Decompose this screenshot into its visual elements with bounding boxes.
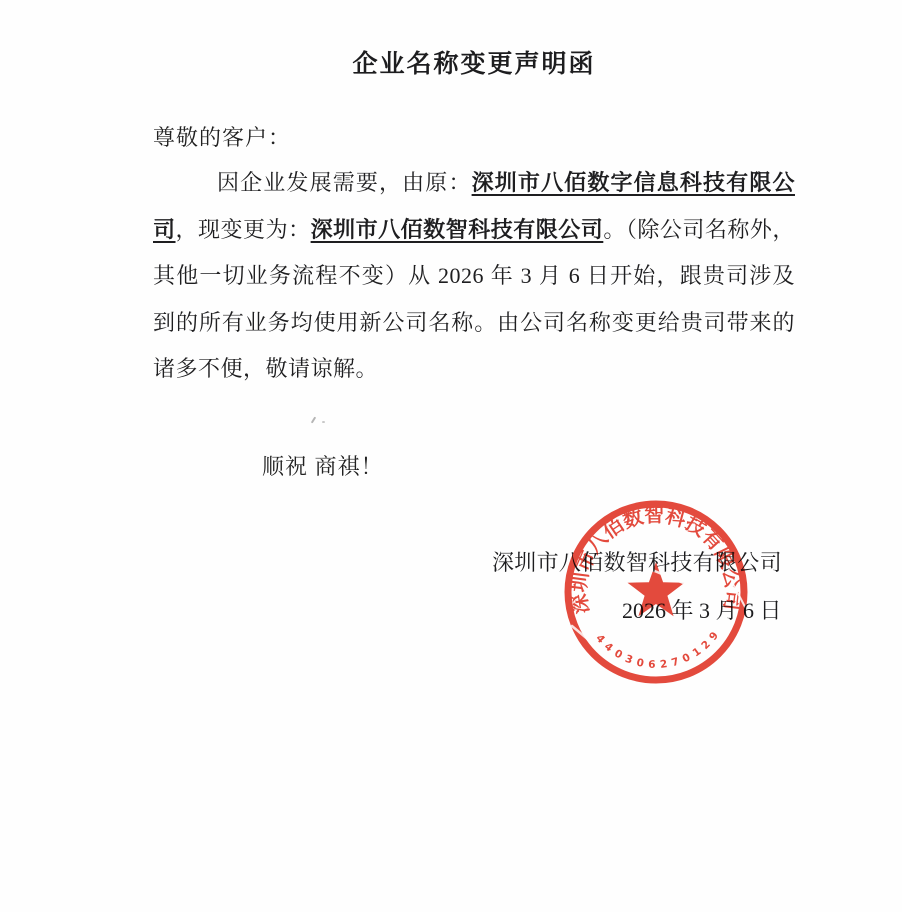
document-title: 企业名称变更声明函	[153, 44, 795, 80]
seal-star-icon	[628, 562, 685, 616]
body-segment-comma: ，	[176, 217, 199, 242]
closing-phrase: 顺祝 商祺！	[262, 454, 384, 479]
scan-artifact	[310, 416, 330, 426]
scan-artifact-dot	[322, 421, 325, 423]
body-segment-intro: 因企业发展需要，由原：	[217, 170, 472, 195]
new-company-name: 深圳市八佰数智科技有限公司	[311, 217, 604, 242]
company-seal-stamp: 深圳市八佰数智科技有限公司 4403062701296	[556, 490, 756, 690]
scan-artifact-tick	[311, 417, 316, 424]
scanned-letter-page: 企业名称变更声明函 尊敬的客户： 因企业发展需要，由原：深圳市八佰数字信息科技有…	[0, 0, 902, 912]
body-segment-change: 现变更为：	[198, 217, 311, 242]
body-paragraph: 因企业发展需要，由原：深圳市八佰数字信息科技有限公司，现变更为：深圳市八佰数智科…	[153, 160, 795, 393]
salutation: 尊敬的客户：	[153, 124, 291, 152]
